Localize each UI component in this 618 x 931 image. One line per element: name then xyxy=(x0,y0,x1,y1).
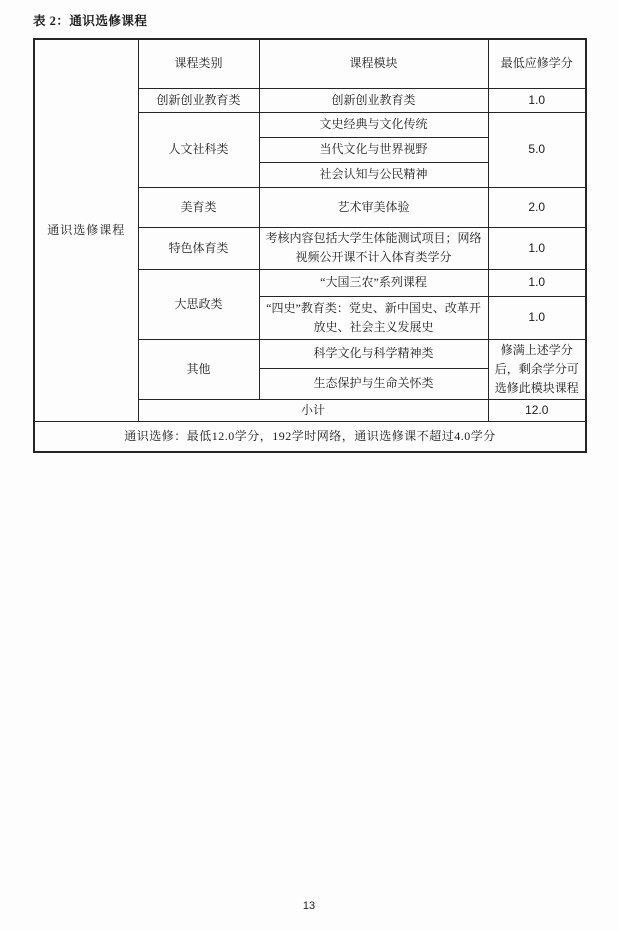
credits-cell: 1.0 xyxy=(488,88,586,112)
module-cell: 考核内容包括大学生体能测试项目；网络视频公开课不计入体育类学分 xyxy=(259,227,488,269)
page-title: 表 2：通识选修课程 xyxy=(33,11,147,29)
general-elective-courses-table: 通识选修课程 课程类别 课程模块 最低应修学分 创新创业教育类 创新创业教育类 … xyxy=(33,38,587,453)
credits-cell: 1.0 xyxy=(488,227,586,269)
credits-cell: 1.0 xyxy=(488,296,586,339)
category-cell: 人文社科类 xyxy=(138,112,259,187)
group-label-cell: 通识选修课程 xyxy=(34,39,138,421)
credits-cell: 2.0 xyxy=(488,187,586,227)
module-cell: “四史”教育类：党史、新中国史、改革开放史、社会主义发展史 xyxy=(259,296,488,339)
header-module: 课程模块 xyxy=(259,39,488,88)
credits-cell: 5.0 xyxy=(488,112,586,187)
module-cell: “大国三农”系列课程 xyxy=(259,269,488,296)
summary-cell: 通识选修：最低12.0学分，192学时网络，通识选修课不超过4.0学分 xyxy=(34,421,586,452)
category-cell: 特色体育类 xyxy=(138,227,259,269)
module-cell: 社会认知与公民精神 xyxy=(259,162,488,187)
module-cell: 创新创业教育类 xyxy=(259,88,488,112)
module-cell: 文史经典与文化传统 xyxy=(259,112,488,137)
page-number: 13 xyxy=(0,900,618,912)
header-category: 课程类别 xyxy=(138,39,259,88)
category-cell: 其他 xyxy=(138,339,259,399)
subtotal-label-cell: 小计 xyxy=(138,399,488,421)
credits-note-cell: 修满上述学分后，剩余学分可选修此模块课程 xyxy=(488,339,586,399)
category-cell: 大思政类 xyxy=(138,269,259,339)
module-cell: 当代文化与世界视野 xyxy=(259,137,488,162)
credits-cell: 1.0 xyxy=(488,269,586,296)
summary-row: 通识选修：最低12.0学分，192学时网络，通识选修课不超过4.0学分 xyxy=(34,421,586,452)
module-cell: 艺术审美体验 xyxy=(259,187,488,227)
module-cell: 科学文化与科学精神类 xyxy=(259,339,488,368)
header-min-credits: 最低应修学分 xyxy=(488,39,586,88)
subtotal-value-cell: 12.0 xyxy=(488,399,586,421)
category-cell: 创新创业教育类 xyxy=(138,88,259,112)
module-cell: 生态保护与生命关怀类 xyxy=(259,368,488,399)
category-cell: 美育类 xyxy=(138,187,259,227)
table-header-row: 通识选修课程 课程类别 课程模块 最低应修学分 xyxy=(34,39,586,88)
